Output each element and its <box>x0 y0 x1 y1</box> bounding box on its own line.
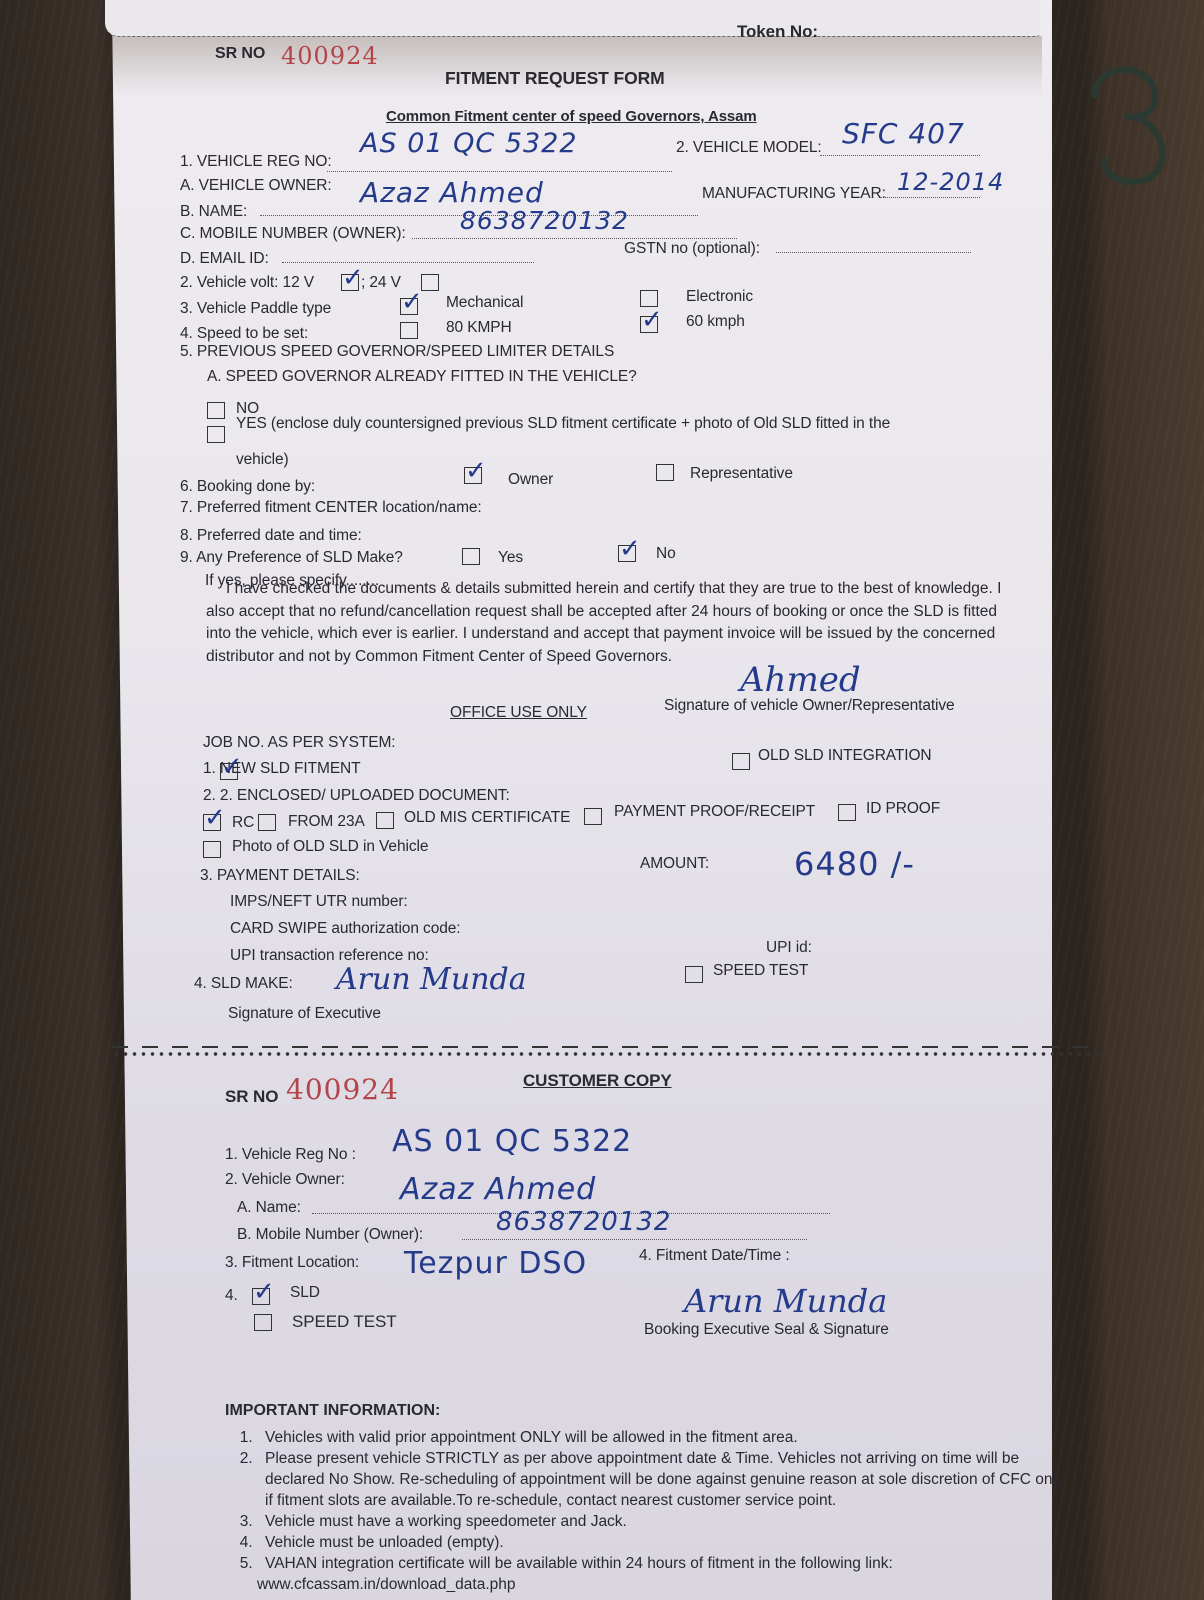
customer-speed-test-label: SPEED TEST <box>292 1312 397 1332</box>
make-yes-label: Yes <box>498 549 523 567</box>
owner-signature: Ahmed <box>740 660 861 700</box>
mobile-dots <box>412 237 737 239</box>
old-sld-integration-label: OLD SLD INTEGRATION <box>758 747 932 765</box>
amount-label: AMOUNT: <box>640 855 709 873</box>
make-yes-checkbox[interactable] <box>462 548 480 565</box>
payment-details-label: 3. PAYMENT DETAILS: <box>200 867 360 885</box>
doc-23a-label: FROM 23A <box>288 813 365 831</box>
doc-photo-label: Photo of OLD SLD in Vehicle <box>232 838 428 856</box>
important-item: Vehicle must be unloaded (empty). <box>257 1532 1075 1553</box>
job-label: JOB NO. AS PER SYSTEM: <box>203 734 395 752</box>
important-item: Vehicle must have a working speedometer … <box>257 1511 1075 1532</box>
mobile-label: C. MOBILE NUMBER (OWNER): <box>180 225 406 243</box>
model-label: 2. VEHICLE MODEL: <box>676 139 822 157</box>
declaration-text: I have checked the documents & details s… <box>206 578 1006 668</box>
important-item: Vehicles with valid prior appointment ON… <box>257 1427 1075 1448</box>
volt-12v-checkbox[interactable] <box>341 274 359 291</box>
tear-line-dashes <box>112 1046 1102 1048</box>
tear-line-perforation <box>112 1050 1102 1058</box>
booking-executive-signature: Arun Munda <box>684 1282 887 1320</box>
customer-name-label: A. Name: <box>237 1199 301 1217</box>
previous-sheet-edge <box>105 0 1040 37</box>
doc-rc-checkbox[interactable] <box>203 814 221 831</box>
gstn-field[interactable] <box>776 251 971 253</box>
utr-label: IMPS/NEFT UTR number: <box>230 893 408 911</box>
doc-mis-checkbox[interactable] <box>376 812 394 829</box>
paddle-electronic-label: Electronic <box>686 288 753 306</box>
booking-representative-label: Representative <box>690 465 793 483</box>
doc-id-label: ID PROOF <box>866 800 940 818</box>
reg-dots <box>327 170 672 172</box>
form-subtitle: Common Fitment center of speed Governors… <box>386 108 757 125</box>
speed-label: 4. Speed to be set: <box>180 325 308 343</box>
booking-label: 6. Booking done by: <box>180 478 315 496</box>
mfg-value[interactable]: 12-2014 <box>897 168 1004 196</box>
owner-label: A. VEHICLE OWNER: <box>180 177 332 195</box>
paddle-label: 3. Vehicle Paddle type <box>180 300 331 318</box>
make-no-label: No <box>656 545 676 563</box>
speed-test-checkbox[interactable] <box>685 966 703 983</box>
make-label: 9. Any Preference of SLD Make? <box>180 549 403 567</box>
customer-copy-title: CUSTOMER COPY <box>523 1071 672 1091</box>
customer-mobile-dots <box>462 1238 807 1240</box>
customer-sld-checkbox[interactable] <box>252 1288 270 1305</box>
customer-date-label: 4. Fitment Date/Time : <box>639 1247 790 1265</box>
doc-photo-checkbox[interactable] <box>203 841 221 858</box>
sr-number: 400924 <box>281 42 379 70</box>
booking-owner-label: Owner <box>508 471 553 489</box>
sld-make-label: 4. SLD MAKE: <box>194 975 293 993</box>
vahan-link[interactable]: www.cfcassam.in/download_data.php <box>225 1574 1075 1595</box>
prev-yes-label-cont: vehicle) <box>236 451 289 469</box>
doc-payment-label: PAYMENT PROOF/RECEIPT <box>614 803 815 821</box>
prev-yes-label: YES (enclose duly countersigned previous… <box>236 415 890 433</box>
mfg-dots <box>880 196 980 198</box>
doc-mis-label: OLD MIS CERTIFICATE <box>404 809 570 827</box>
speed-60-checkbox[interactable] <box>640 316 658 333</box>
name-value[interactable]: Azaz Ahmed <box>360 176 544 209</box>
speed-80-checkbox[interactable] <box>400 322 418 339</box>
important-information: IMPORTANT INFORMATION: Vehicles with val… <box>225 1400 1075 1595</box>
customer-sr-number: 400924 <box>286 1073 399 1106</box>
doc-23a-checkbox[interactable] <box>258 814 276 831</box>
customer-reg-label: 1. Vehicle Reg No : <box>225 1146 356 1164</box>
name-label: B. NAME: <box>180 203 247 221</box>
customer-sld-label: SLD <box>290 1284 320 1302</box>
doc-id-checkbox[interactable] <box>838 804 856 821</box>
booking-representative-checkbox[interactable] <box>656 464 674 481</box>
prev-yes-checkbox[interactable] <box>207 426 225 443</box>
customer-sr-label: SR NO <box>225 1087 278 1107</box>
token-label: Token No: <box>737 22 818 42</box>
upi-id-label: UPI id: <box>766 939 812 957</box>
model-dots <box>820 154 980 156</box>
paddle-mechanical-label: Mechanical <box>446 294 523 312</box>
customer-location-label: 3. Fitment Location: <box>225 1254 359 1272</box>
email-field[interactable] <box>282 261 534 263</box>
speed-60-label: 60 kmph <box>686 313 745 331</box>
gstn-label: GSTN no (optional): <box>624 240 760 258</box>
office-use-title: OFFICE USE ONLY <box>450 704 587 722</box>
customer-mobile-value[interactable]: 8638720132 <box>496 1207 671 1237</box>
center-label: 7. Preferred fitment CENTER location/nam… <box>180 499 482 517</box>
declaration: I have checked the documents & details s… <box>206 578 1006 668</box>
make-no-checkbox[interactable] <box>618 545 636 562</box>
booking-owner-checkbox[interactable] <box>464 467 482 484</box>
customer-sld-number: 4. <box>225 1287 238 1305</box>
prev-no-checkbox[interactable] <box>207 402 225 419</box>
volt-label: 2. Vehicle volt: 12 V <box>180 274 314 292</box>
date-label: 8. Preferred date and time: <box>180 527 362 545</box>
important-item: Please present vehicle STRICTLY as per a… <box>257 1448 1075 1511</box>
doc-rc-label: RC <box>232 814 254 832</box>
documents-label: 2. 2. ENCLOSED/ UPLOADED DOCUMENT: <box>203 787 510 805</box>
reg-label: 1. VEHICLE REG NO: <box>180 153 332 171</box>
speed-test-label: SPEED TEST <box>713 962 808 980</box>
customer-mobile-label: B. Mobile Number (Owner): <box>237 1226 423 1244</box>
owner-signature-label: Signature of vehicle Owner/Representativ… <box>664 697 955 715</box>
chalk-mark-3 <box>1085 58 1170 188</box>
booking-executive-label: Booking Executive Seal & Signature <box>644 1321 889 1339</box>
new-sld-checkbox[interactable] <box>220 763 238 780</box>
model-value[interactable]: SFC 407 <box>842 117 965 150</box>
amount-value[interactable]: 6480 /- <box>794 845 915 883</box>
important-title: IMPORTANT INFORMATION: <box>225 1400 1075 1421</box>
executive-signature: Arun Munda <box>336 962 527 997</box>
mobile-value[interactable]: 8638720132 <box>460 206 629 235</box>
form-title: FITMENT REQUEST FORM <box>445 68 665 89</box>
customer-speed-test-checkbox[interactable] <box>254 1314 272 1331</box>
doc-payment-checkbox[interactable] <box>584 808 602 825</box>
important-item: VAHAN integration certificate will be av… <box>257 1553 1075 1574</box>
mfg-label: MANUFACTURING YEAR: <box>702 185 886 203</box>
prev-governor-question: A. SPEED GOVERNOR ALREADY FITTED IN THE … <box>207 368 637 386</box>
volt-separator: ; 24 V <box>361 274 401 292</box>
customer-reg-value[interactable]: AS 01 QC 5322 <box>392 1124 632 1159</box>
customer-location-value[interactable]: Tezpur DSO <box>404 1246 587 1281</box>
paddle-mechanical-checkbox[interactable] <box>400 298 418 315</box>
customer-owner-label: 2. Vehicle Owner: <box>225 1171 345 1189</box>
prev-governor-label: 5. PREVIOUS SPEED GOVERNOR/SPEED LIMITER… <box>180 343 614 361</box>
sr-label: SR NO <box>215 45 265 63</box>
volt-24v-checkbox[interactable] <box>421 274 439 291</box>
card-label: CARD SWIPE authorization code: <box>230 920 460 938</box>
reg-value[interactable]: AS 01 QC 5322 <box>360 128 578 159</box>
old-sld-integration-checkbox[interactable] <box>732 753 750 770</box>
email-label: D. EMAIL ID: <box>180 250 269 268</box>
executive-signature-label: Signature of Executive <box>228 1005 381 1023</box>
customer-name-value[interactable]: Azaz Ahmed <box>400 1172 596 1207</box>
speed-80-label: 80 KMPH <box>446 319 512 337</box>
